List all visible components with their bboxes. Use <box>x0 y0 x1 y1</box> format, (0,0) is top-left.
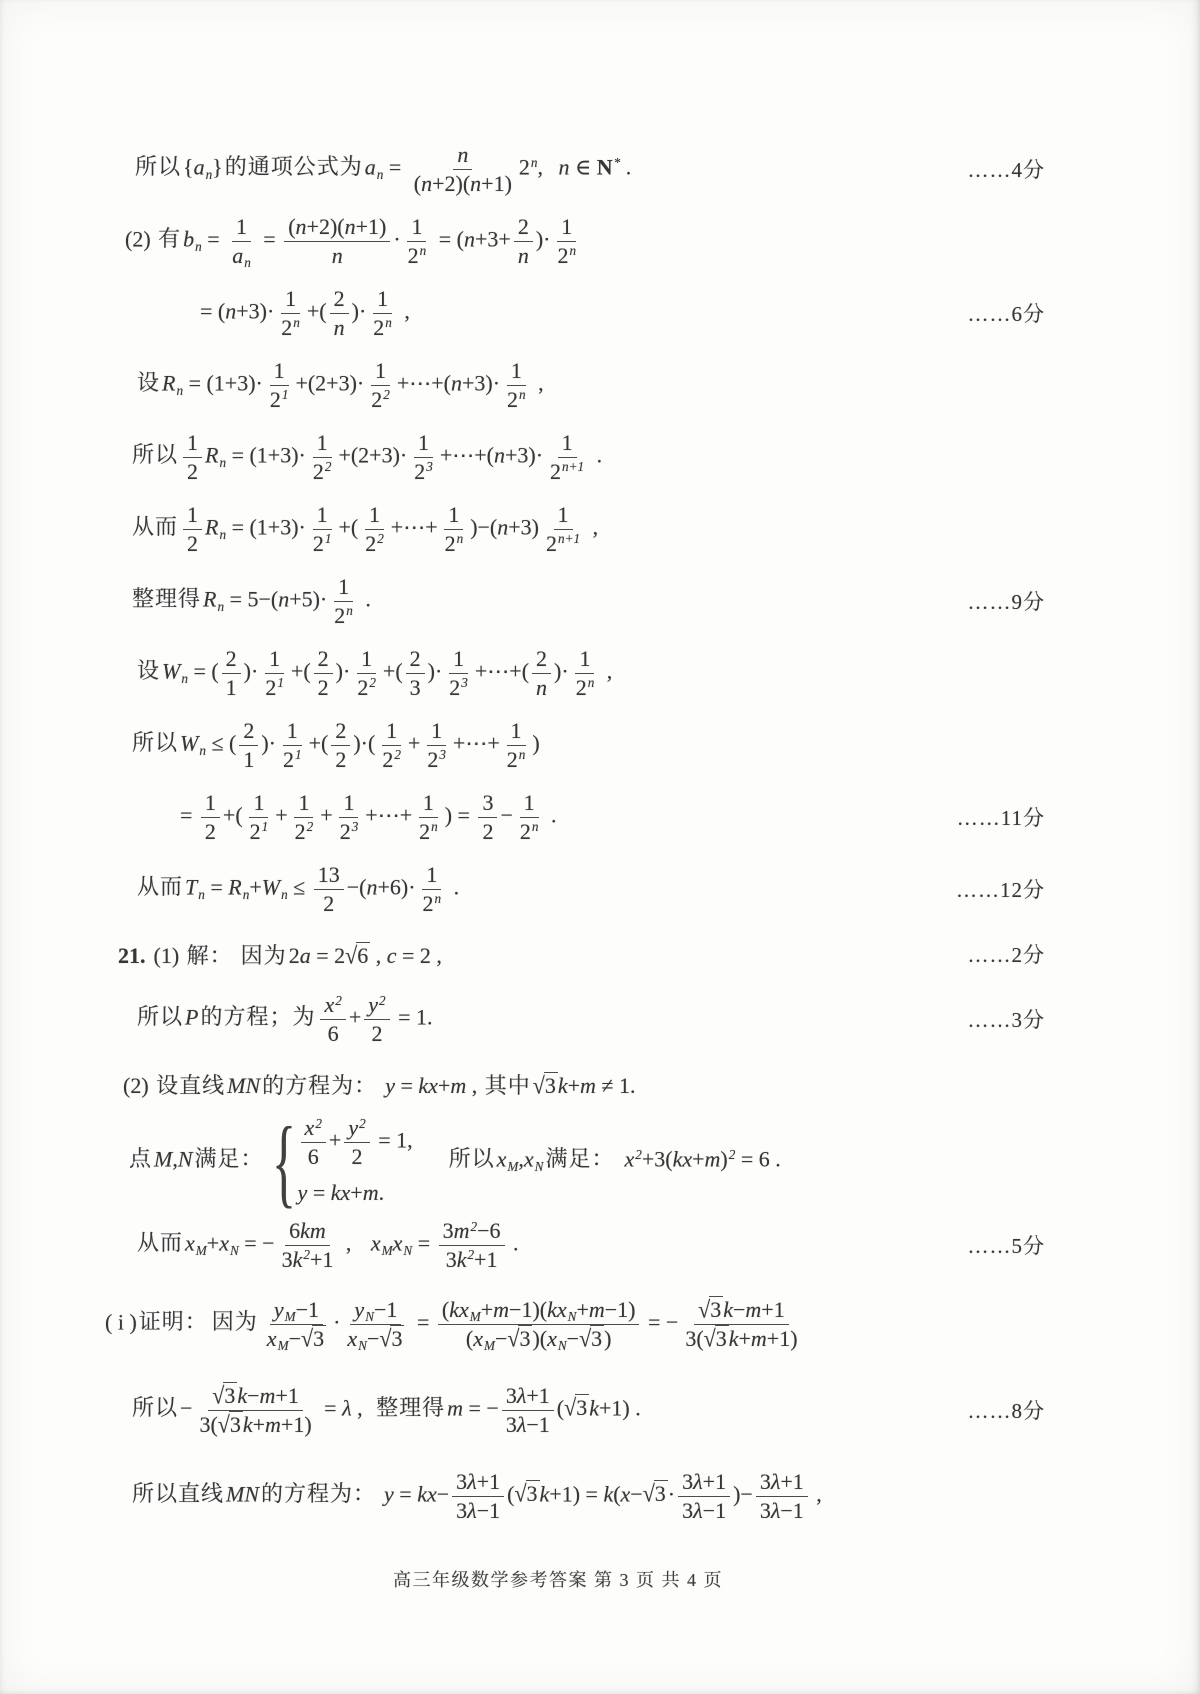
formula-content: (2) 有bn = 1an = (n+2)(n+1)n·12n = (n+3+2… <box>125 215 583 268</box>
formula-content: 整理得Rn = 5−(n+5)·12n . <box>130 575 371 628</box>
score-label: ……12分 <box>956 874 1045 904</box>
solution-lines: 所以{an}的通项公式为an = n(n+2)(n+1)2n, n ∈ N* .… <box>105 133 1200 1539</box>
formula-content: 所以Wn ≤ (21)·121+(22)·(122+123+⋯+12n) <box>130 719 540 772</box>
formula-line: 设Rn = (1+3)·121+(2+3)·122+⋯+(n+3)·12n , <box>105 349 1200 421</box>
formula-content: 21.(1) 解：因为2a = 2√6 , c = 2 , <box>118 939 442 970</box>
formula-line: = 12+(121+122+123+⋯+12n) = 32−12n .……11分 <box>105 781 1200 853</box>
formula-line: 从而Tn = Rn+Wn ≤ 132−(n+6)·12n .……12分 <box>105 853 1200 925</box>
formula-line: = (n+3)·12n+(2n)·12n ,……6分 <box>105 277 1200 349</box>
score-label: ……11分 <box>957 802 1045 832</box>
formula-line: (2) 有bn = 1an = (n+2)(n+1)n·12n = (n+3+2… <box>105 205 1200 277</box>
formula-content: 设Wn = (21)·121+(22)·122+(23)·123+⋯+(2n)·… <box>135 647 612 700</box>
formula-line: 从而12Rn = (1+3)·121+(122+⋯+12n)−(n+3)12n+… <box>105 493 1200 565</box>
score-label: ……8分 <box>968 1395 1046 1425</box>
document-page: 所以{an}的通项公式为an = n(n+2)(n+1)2n, n ∈ N* .… <box>0 0 1200 1694</box>
formula-content: ( i )证明：因为yM−1xM−√3·yN−1xN−√3 = (kxM+m−1… <box>105 1298 805 1351</box>
formula-content: 从而12Rn = (1+3)·121+(122+⋯+12n)−(n+3)12n+… <box>130 503 598 556</box>
formula-content: 所以直线MN的方程为：y = kx−3λ+13λ−1(√3k+1) = k(x−… <box>130 1470 822 1523</box>
formula-line: 所以−√3k−m+13(√3k+m+1) = λ , 整理得m = −3λ+13… <box>105 1367 1200 1453</box>
score-label: ……5分 <box>968 1230 1046 1260</box>
score-label: ……2分 <box>968 939 1046 969</box>
formula-line: 所以P的方程；为x26+y22 = 1.……3分 <box>105 983 1200 1055</box>
formula-content: 从而xM+xN = −6km3k2+1 , xMxN = 3m2−63k2+1 … <box>135 1219 519 1272</box>
formula-line: 所以12Rn = (1+3)·122+(2+3)·123+⋯+(n+3)·12n… <box>105 421 1200 493</box>
formula-line: 整理得Rn = 5−(n+5)·12n .……9分 <box>105 565 1200 637</box>
formula-content: 所以P的方程；为x26+y22 = 1. <box>135 993 433 1046</box>
formula-line: ( i )证明：因为yM−1xM−√3·yN−1xN−√3 = (kxM+m−1… <box>105 1281 1200 1367</box>
formula-line: 所以直线MN的方程为：y = kx−3λ+13λ−1(√3k+1) = k(x−… <box>105 1453 1200 1539</box>
formula-content: 所以−√3k−m+13(√3k+m+1) = λ , 整理得m = −3λ+13… <box>130 1384 641 1437</box>
score-label: ……6分 <box>968 298 1046 328</box>
page-footer: 高三年级数学参考答案 第 3 页 共 4 页 <box>393 1566 723 1592</box>
formula-content: 点M,N满足：{x26+y22 = 1,y = kx+m.所以xM,xN满足：x… <box>127 1116 781 1207</box>
formula-line: 所以{an}的通项公式为an = n(n+2)(n+1)2n, n ∈ N* .… <box>105 133 1200 205</box>
formula-content: 从而Tn = Rn+Wn ≤ 132−(n+6)·12n . <box>135 863 459 916</box>
formula-content: 设Rn = (1+3)·121+(2+3)·122+⋯+(n+3)·12n , <box>135 359 544 412</box>
formula-content: 所以{an}的通项公式为an = n(n+2)(n+1)2n, n ∈ N* . <box>133 143 631 196</box>
score-label: ……9分 <box>968 586 1046 616</box>
formula-line: 21.(1) 解：因为2a = 2√6 , c = 2 ,……2分 <box>105 925 1200 983</box>
score-label: ……4分 <box>968 154 1046 184</box>
formula-content: 所以12Rn = (1+3)·122+(2+3)·123+⋯+(n+3)·12n… <box>130 431 602 484</box>
formula-line: 点M,N满足：{x26+y22 = 1,y = kx+m.所以xM,xN满足：x… <box>105 1113 1200 1209</box>
formula-line: 从而xM+xN = −6km3k2+1 , xMxN = 3m2−63k2+1 … <box>105 1209 1200 1281</box>
formula-content: = 12+(121+122+123+⋯+12n) = 32−12n . <box>180 791 556 844</box>
score-label: ……3分 <box>968 1004 1046 1034</box>
formula-content: (2) 设直线MN的方程为：y = kx+m , 其中√3k+m ≠ 1. <box>123 1069 635 1100</box>
formula-line: (2) 设直线MN的方程为：y = kx+m , 其中√3k+m ≠ 1. <box>105 1055 1200 1113</box>
formula-content: = (n+3)·12n+(2n)·12n , <box>200 287 410 340</box>
formula-line: 设Wn = (21)·121+(22)·122+(23)·123+⋯+(2n)·… <box>105 637 1200 709</box>
formula-line: 所以Wn ≤ (21)·121+(22)·(122+123+⋯+12n) <box>105 709 1200 781</box>
